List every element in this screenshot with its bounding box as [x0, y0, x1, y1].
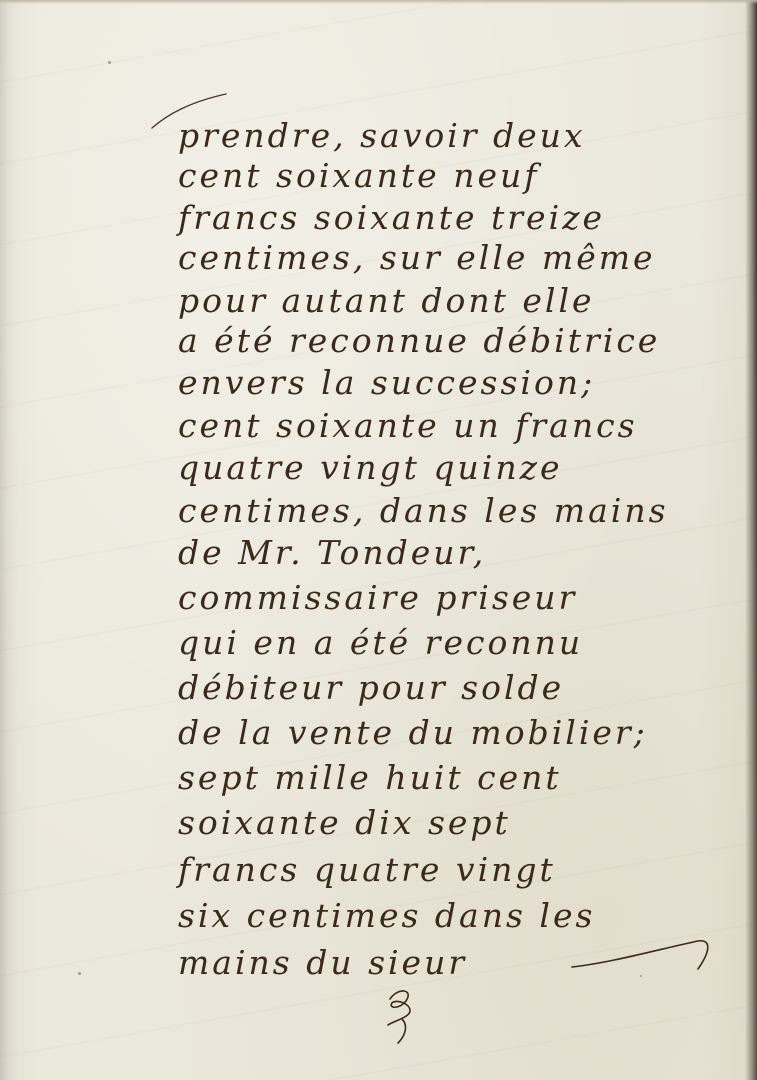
text-line-14: débiteur pour solde: [178, 668, 564, 708]
text-line-18: francs quatre vingt: [178, 850, 556, 890]
text-line-19: six centimes dans les: [178, 896, 595, 936]
paraph-flourish-icon: [380, 985, 420, 1045]
paper-speck: [640, 975, 642, 977]
text-line-7: envers la succession;: [178, 363, 595, 403]
text-line-10: centimes, dans les mains: [178, 491, 669, 531]
paper-speck: [78, 972, 81, 975]
text-line-2: cent soixante neuf: [178, 156, 539, 196]
text-line-16: sept mille huit cent: [178, 758, 562, 798]
text-line-15: de la vente du mobilier;: [178, 713, 648, 753]
text-line-3: francs soixante treize: [178, 198, 605, 238]
text-line-13: qui en a été reconnu: [178, 623, 583, 663]
text-line-9: quatre vingt quinze: [178, 448, 563, 488]
text-line-11: de Mr. Tondeur,: [178, 533, 486, 573]
text-line-5: pour autant dont elle: [178, 281, 595, 321]
line-end-flourish-icon: [570, 935, 720, 975]
text-line-4: centimes, sur elle même: [178, 238, 656, 278]
manuscript-page: prendre, savoir deux cent soixante neuf …: [0, 0, 757, 1080]
text-line-6: a été reconnue débitrice: [178, 321, 660, 361]
text-line-12: commissaire priseur: [178, 578, 577, 618]
text-line-1: prendre, savoir deux: [178, 116, 586, 156]
page-top-edge: [0, 0, 757, 4]
text-line-20: mains du sieur: [178, 943, 467, 983]
paper-speck: [108, 61, 111, 64]
text-line-17: soixante dix sept: [178, 803, 511, 843]
text-line-8: cent soixante un francs: [178, 406, 638, 446]
